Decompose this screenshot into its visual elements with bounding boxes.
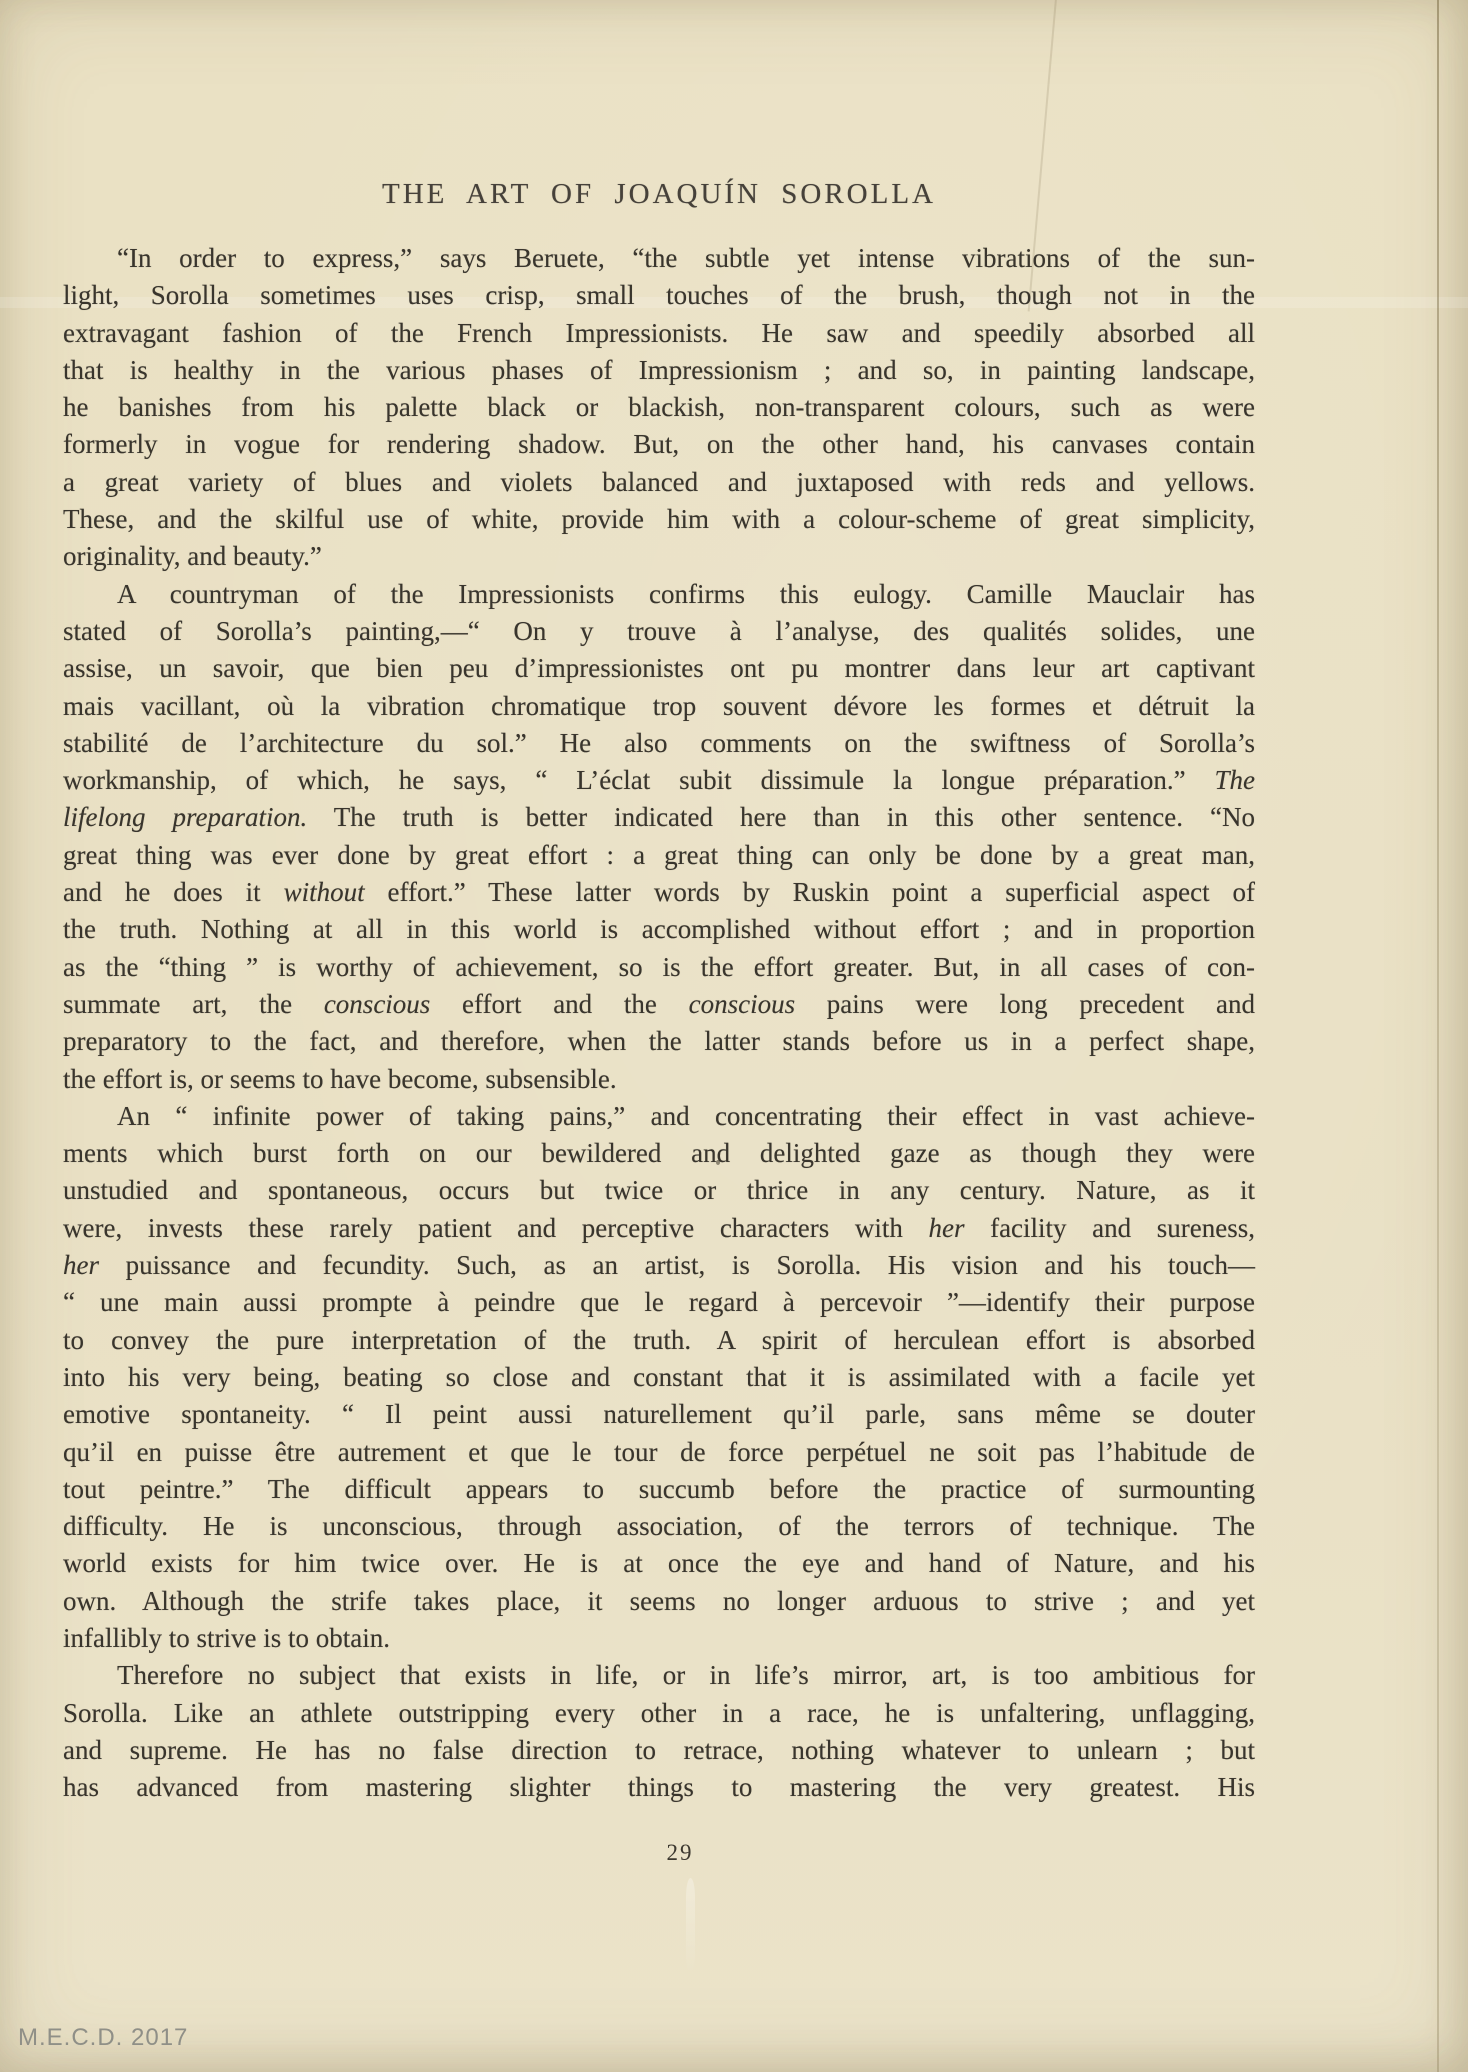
text-line: Sorolla. Like an athlete outstripping ev… xyxy=(63,1695,1255,1732)
text-line: extravagant fashion of the French Impres… xyxy=(63,315,1255,352)
text-line: he banishes from his palette black or bl… xyxy=(63,389,1255,426)
page-edge-line xyxy=(1437,0,1439,2072)
text-line: lifelong preparation. The truth is bette… xyxy=(63,799,1255,836)
text-line: the effort is, or seems to have become, … xyxy=(63,1061,1255,1098)
text-line: formerly in vogue for rendering shadow. … xyxy=(63,426,1255,463)
text-line: a great variety of blues and violets bal… xyxy=(63,464,1255,501)
text-line: Therefore no subject that exists in life… xyxy=(63,1657,1255,1694)
text-line: stated of Sorolla’s painting,—“ On y tro… xyxy=(63,613,1255,650)
text-line: that is healthy in the various phases of… xyxy=(63,352,1255,389)
paragraph: A countryman of the Impressionists confi… xyxy=(63,576,1255,1098)
text-line: mais vacillant, où la vibration chromati… xyxy=(63,688,1255,725)
text-line: workmanship, of which, he says, “ L’écla… xyxy=(63,762,1255,799)
text-line: world exists for him twice over. He is a… xyxy=(63,1545,1255,1582)
paragraph: An “ infinite power of taking pains,” an… xyxy=(63,1098,1255,1657)
text-line: and supreme. He has no false direction t… xyxy=(63,1732,1255,1769)
text-line: light, Sorolla sometimes uses crisp, sma… xyxy=(63,277,1255,314)
text-line: has advanced from mastering slighter thi… xyxy=(63,1769,1255,1806)
text-line: into his very being, beating so close an… xyxy=(63,1359,1255,1396)
text-line: were, invests these rarely patient and p… xyxy=(63,1210,1255,1247)
text-line: infallibly to strive is to obtain. xyxy=(63,1620,1255,1657)
text-line: An “ infinite power of taking pains,” an… xyxy=(63,1098,1255,1135)
text-line: “ une main aussi prompte à peindre que l… xyxy=(63,1284,1255,1321)
paragraph: “In order to express,” says Beruete, “th… xyxy=(63,240,1255,576)
text-line: A countryman of the Impressionists confi… xyxy=(63,576,1255,613)
text-line: own. Although the strife takes place, it… xyxy=(63,1583,1255,1620)
text-line: preparatory to the fact, and therefore, … xyxy=(63,1023,1255,1060)
text-line: stabilité de l’architecture du sol.” He … xyxy=(63,725,1255,762)
text-line: unstudied and spontaneous, occurs but tw… xyxy=(63,1172,1255,1209)
page-title: THE ART OF JOAQUÍN SOROLLA xyxy=(63,179,1255,209)
text-line: “In order to express,” says Beruete, “th… xyxy=(63,240,1255,277)
page-number: 29 xyxy=(63,1840,1255,1866)
body-text: “In order to express,” says Beruete, “th… xyxy=(63,240,1255,1806)
paper-smudge xyxy=(686,1878,695,1973)
text-line: assise, un savoir, que bien peu d’impres… xyxy=(63,650,1255,687)
text-line: her puissance and fecundity. Such, as an… xyxy=(63,1247,1255,1284)
text-line: difficulty. He is unconscious, through a… xyxy=(63,1508,1255,1545)
text-line: summate art, the conscious effort and th… xyxy=(63,986,1255,1023)
watermark: M.E.C.D. 2017 xyxy=(18,2024,188,2052)
text-line: originality, and beauty.” xyxy=(63,538,1255,575)
scanned-page: THE ART OF JOAQUÍN SOROLLA “In order to … xyxy=(0,0,1468,2072)
text-line: as the “thing ” is worthy of achievement… xyxy=(63,949,1255,986)
text-line: tout peintre.” The difficult appears to … xyxy=(63,1471,1255,1508)
text-line: and he does it without effort.” These la… xyxy=(63,874,1255,911)
text-line: ments which burst forth on our bewildere… xyxy=(63,1135,1255,1172)
paragraph: Therefore no subject that exists in life… xyxy=(63,1657,1255,1806)
text-line: the truth. Nothing at all in this world … xyxy=(63,911,1255,948)
text-line: great thing was ever done by great effor… xyxy=(63,837,1255,874)
text-line: to convey the pure interpretation of the… xyxy=(63,1322,1255,1359)
text-line: qu’il en puisse être autrement et que le… xyxy=(63,1434,1255,1471)
text-line: emotive spontaneity. “ Il peint aussi na… xyxy=(63,1396,1255,1433)
text-line: These, and the skilful use of white, pro… xyxy=(63,501,1255,538)
